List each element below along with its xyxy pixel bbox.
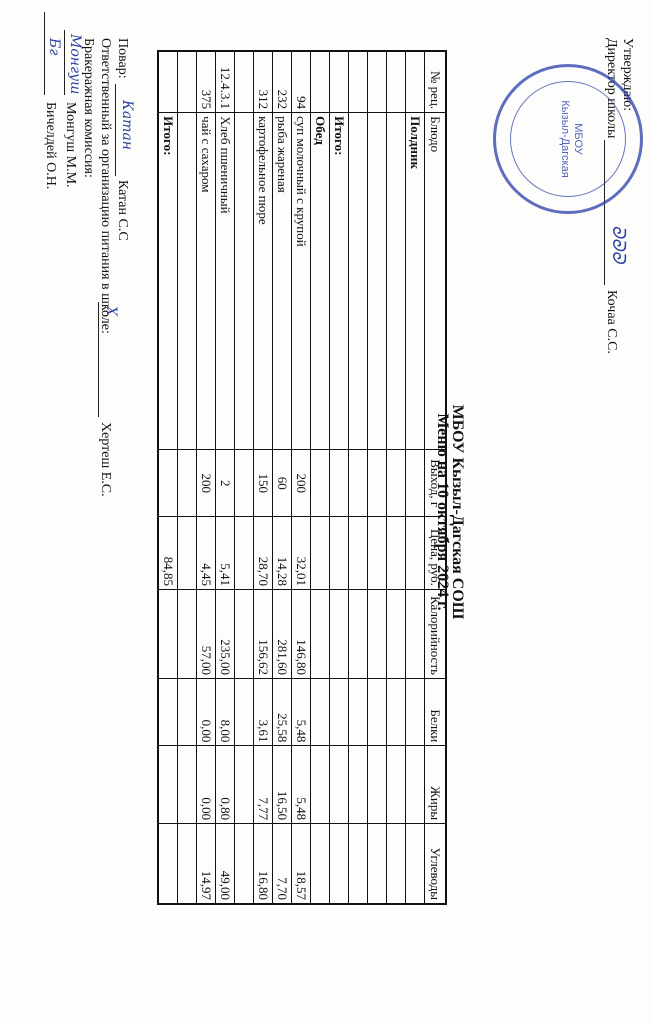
col-header-calories: Калорийность xyxy=(425,589,447,678)
cell-calories xyxy=(368,589,387,678)
cell-price xyxy=(235,517,254,590)
cell-calories xyxy=(158,589,178,678)
cell-dish-name xyxy=(235,113,254,450)
cook-name: Катан С.С xyxy=(114,180,131,241)
cell-recipe-number: 12.4.3.1 xyxy=(216,51,235,113)
member1-signature: Монгуш xyxy=(67,34,83,94)
cell-calories xyxy=(330,589,349,678)
cell-carbs: 18,57 xyxy=(292,824,311,904)
cook-label: Повар: xyxy=(114,38,131,79)
cell-price xyxy=(330,517,349,590)
cell-calories: 156,62 xyxy=(254,589,273,678)
stamp-text-line1: МБОУ xyxy=(571,67,584,211)
cell-recipe-number: 312 xyxy=(254,51,273,113)
cell-fats xyxy=(406,746,425,824)
cell-fats xyxy=(311,746,330,824)
cell-proteins: 5,48 xyxy=(292,679,311,746)
cell-price xyxy=(178,517,197,590)
cell-carbs xyxy=(178,824,197,904)
table-row: Итого:84,85 xyxy=(158,51,178,904)
cell-proteins xyxy=(235,679,254,746)
cell-recipe-number xyxy=(158,51,178,113)
cell-dish-name: суп молочный с крупой xyxy=(292,113,311,450)
cell-recipe-number xyxy=(235,51,254,113)
cell-fats: 5,48 xyxy=(292,746,311,824)
cell-calories: 235,00 xyxy=(216,589,235,678)
member1-name: Монгуш М.М. xyxy=(62,102,79,188)
cell-output-grams xyxy=(158,450,178,517)
cell-price xyxy=(349,517,368,590)
table-row xyxy=(235,51,254,904)
cell-proteins xyxy=(178,679,197,746)
cell-output-grams: 2 xyxy=(216,450,235,517)
cell-recipe-number xyxy=(311,51,330,113)
table-row xyxy=(349,51,368,904)
director-name: Кочаа С.С. xyxy=(603,290,619,354)
cell-price: 4,45 xyxy=(197,517,216,590)
member2-signature: Бг xyxy=(46,38,62,55)
cell-proteins xyxy=(330,679,349,746)
table-row xyxy=(368,51,387,904)
cell-fats xyxy=(235,746,254,824)
cell-dish-name xyxy=(368,113,387,450)
cell-output-grams: 200 xyxy=(197,450,216,517)
table-row: 375чай с сахаром2004,4557,000,000,0014,9… xyxy=(197,51,216,904)
cell-proteins xyxy=(368,679,387,746)
table-header-row: № рец. Блюдо Выход, г Цена, руб. Калорий… xyxy=(425,51,447,904)
cell-fats xyxy=(387,746,406,824)
col-header-dish: Блюдо xyxy=(425,113,447,450)
cell-calories xyxy=(235,589,254,678)
member2-signature-line xyxy=(44,12,45,95)
table-row xyxy=(387,51,406,904)
cell-calories: 57,00 xyxy=(197,589,216,678)
cell-price: 28,70 xyxy=(254,517,273,590)
cell-recipe-number: 375 xyxy=(197,51,216,113)
cell-fats xyxy=(349,746,368,824)
cell-output-grams: 150 xyxy=(254,450,273,517)
cell-carbs xyxy=(349,824,368,904)
cell-output-grams xyxy=(406,450,425,517)
cell-calories xyxy=(311,589,330,678)
cell-price: 14,28 xyxy=(273,517,292,590)
col-header-proteins: Белки xyxy=(425,679,447,746)
cell-fats: 16,50 xyxy=(273,746,292,824)
cell-proteins xyxy=(387,679,406,746)
cell-dish-name: чай с сахаром xyxy=(197,113,216,450)
menu-document-page: Утверждаю: Директор школы Кочаа С.С. МБО… xyxy=(0,0,651,1024)
cell-recipe-number xyxy=(178,51,197,113)
cell-price xyxy=(368,517,387,590)
cell-recipe-number xyxy=(406,51,425,113)
cell-recipe-number: 94 xyxy=(292,51,311,113)
col-header-fats: Жиры xyxy=(425,746,447,824)
cook-signature: Катан xyxy=(119,100,135,150)
cell-carbs xyxy=(406,824,425,904)
cell-fats xyxy=(368,746,387,824)
cell-fats: 7,77 xyxy=(254,746,273,824)
cell-dish-name xyxy=(178,113,197,450)
cell-proteins xyxy=(158,679,178,746)
cell-dish-name: Итого: xyxy=(158,113,178,450)
cell-output-grams xyxy=(349,450,368,517)
cell-proteins: 25,58 xyxy=(273,679,292,746)
cell-fats xyxy=(330,746,349,824)
cell-carbs xyxy=(158,824,178,904)
cell-price: 84,85 xyxy=(158,517,178,590)
cell-carbs xyxy=(235,824,254,904)
cell-calories: 281,60 xyxy=(273,589,292,678)
cell-calories xyxy=(406,589,425,678)
cell-recipe-number xyxy=(387,51,406,113)
director-signature: ᘐᘐᘐ xyxy=(608,225,629,263)
cell-output-grams xyxy=(311,450,330,517)
cell-output-grams xyxy=(387,450,406,517)
cell-proteins xyxy=(311,679,330,746)
cell-calories xyxy=(178,589,197,678)
cell-carbs xyxy=(311,824,330,904)
cell-fats: 0,80 xyxy=(216,746,235,824)
cell-calories xyxy=(387,589,406,678)
member1-signature-line xyxy=(64,30,65,95)
cell-output-grams xyxy=(178,450,197,517)
cell-carbs: 16,80 xyxy=(254,824,273,904)
cell-recipe-number xyxy=(349,51,368,113)
cell-dish-name: картофельное пюре xyxy=(254,113,273,450)
cell-price xyxy=(311,517,330,590)
cell-carbs: 7,70 xyxy=(273,824,292,904)
responsible-name: Хертеш Е.С. xyxy=(97,422,114,497)
cell-fats: 0,00 xyxy=(197,746,216,824)
cell-dish-name: Хлеб пшеничный xyxy=(216,113,235,450)
cook-signature-line xyxy=(115,84,116,176)
table-row: 12.4.3.1Хлеб пшеничный25,41235,008,000,8… xyxy=(216,51,235,904)
table-row: Полдник xyxy=(406,51,425,904)
cell-proteins: 3,61 xyxy=(254,679,273,746)
cell-dish-name xyxy=(349,113,368,450)
responsible-signature: Х xyxy=(103,306,119,316)
table-row: Итого: xyxy=(330,51,349,904)
cell-calories xyxy=(349,589,368,678)
cell-dish-name: Обед xyxy=(311,113,330,450)
cell-dish-name xyxy=(387,113,406,450)
cell-carbs xyxy=(330,824,349,904)
cell-proteins: 8,00 xyxy=(216,679,235,746)
cell-carbs xyxy=(368,824,387,904)
cell-carbs: 49,00 xyxy=(216,824,235,904)
table-row: Обед xyxy=(311,51,330,904)
cell-output-grams xyxy=(368,450,387,517)
cell-output-grams: 200 xyxy=(292,450,311,517)
cell-price: 32,01 xyxy=(292,517,311,590)
cell-recipe-number xyxy=(330,51,349,113)
cell-fats xyxy=(178,746,197,824)
cell-fats xyxy=(158,746,178,824)
table-row: 94суп молочный с крупой20032,01146,805,4… xyxy=(292,51,311,904)
col-header-output: Выход, г xyxy=(425,450,447,517)
cell-proteins: 0,00 xyxy=(197,679,216,746)
cell-price xyxy=(406,517,425,590)
cell-dish-name: Итого: xyxy=(330,113,349,450)
responsible-signature-line xyxy=(98,302,99,417)
col-header-price: Цена, руб. xyxy=(425,517,447,590)
col-header-recipe: № рец. xyxy=(425,51,447,113)
cell-output-grams xyxy=(330,450,349,517)
responsible-label: Ответственный за организацию питания в ш… xyxy=(97,38,114,334)
cell-dish-name: рыба жареная xyxy=(273,113,292,450)
col-header-carbs: Углеводы xyxy=(425,824,447,904)
title-school: МБОУ Кызыл-Дагская СОШ xyxy=(450,0,465,1024)
school-stamp: МБОУ Кызыл-Дагская xyxy=(493,64,643,214)
cell-recipe-number xyxy=(368,51,387,113)
cell-recipe-number: 232 xyxy=(273,51,292,113)
cell-proteins xyxy=(406,679,425,746)
table-row xyxy=(178,51,197,904)
menu-table: № рец. Блюдо Выход, г Цена, руб. Калорий… xyxy=(157,50,447,905)
cell-proteins xyxy=(349,679,368,746)
cell-dish-name: Полдник xyxy=(406,113,425,450)
cell-carbs: 14,97 xyxy=(197,824,216,904)
table-row: 312картофельное пюре15028,70156,623,617,… xyxy=(254,51,273,904)
member2-name: Бичелдей О.Н. xyxy=(42,102,59,189)
cell-calories: 146,80 xyxy=(292,589,311,678)
cell-output-grams xyxy=(235,450,254,517)
stamp-text-line2: Кызыл-Дагская xyxy=(558,67,571,211)
cell-output-grams: 60 xyxy=(273,450,292,517)
cell-carbs xyxy=(387,824,406,904)
cell-price xyxy=(387,517,406,590)
table-row: 232рыба жареная6014,28281,6025,5816,507,… xyxy=(273,51,292,904)
cell-price: 5,41 xyxy=(216,517,235,590)
